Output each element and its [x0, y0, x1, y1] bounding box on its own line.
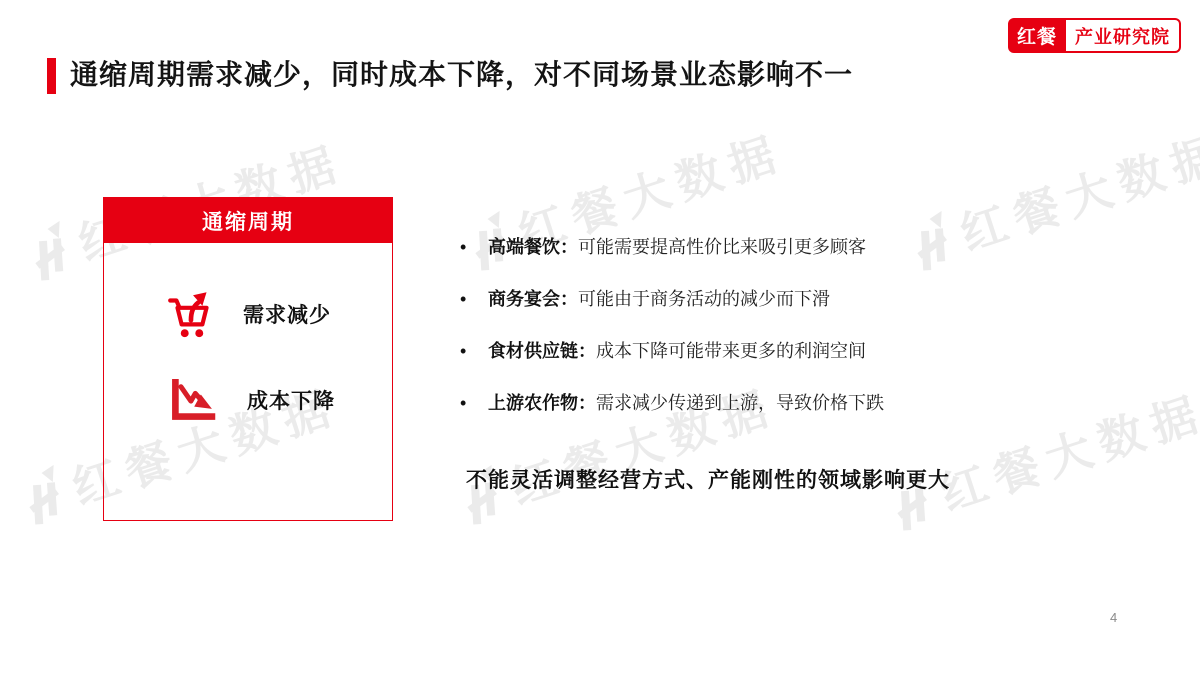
list-item: • 高端餐饮： 可能需要提高性价比来吸引更多顾客	[460, 234, 1020, 260]
impact-bullet-list: • 高端餐饮： 可能需要提高性价比来吸引更多顾客 • 商务宴会： 可能由于商务活…	[460, 234, 1020, 442]
bullet-label: 高端餐饮：	[488, 234, 578, 260]
card-item-label: 需求减少	[243, 299, 331, 329]
conclusion-statement: 不能灵活调整经营方式、产能刚性的领域影响更大	[466, 464, 950, 494]
card-header: 通缩周期	[104, 198, 392, 243]
title-accent-bar	[47, 58, 56, 94]
page-title: 通缩周期需求减少，同时成本下降，对不同场景业态影响不一	[70, 56, 853, 94]
bullet-text: 需求减少传递到上游，导致价格下跌	[596, 390, 884, 416]
card-row-cost: 成本下降	[104, 369, 392, 431]
slide: 红餐大数据 红餐大数据 红餐大数据 红餐大数据 红餐大数据 红餐大数据 红餐 产…	[0, 0, 1200, 675]
list-item: • 食材供应链： 成本下降可能带来更多的利润空间	[460, 338, 1020, 364]
card-row-demand: 需求减少	[104, 287, 392, 341]
list-item: • 上游农作物： 需求减少传递到上游，导致价格下跌	[460, 390, 1020, 416]
line-chart-decline-icon	[161, 369, 223, 431]
brand-logo: 红餐 产业研究院	[1008, 18, 1181, 53]
brand-name: 红餐	[1008, 18, 1066, 53]
deflation-cycle-card: 通缩周期 需求减少 成本下降	[103, 197, 393, 521]
bullet-text: 可能需要提高性价比来吸引更多顾客	[578, 234, 866, 260]
bullet-marker: •	[460, 286, 488, 312]
bullet-text: 可能由于商务活动的减少而下滑	[578, 286, 830, 312]
bullet-marker: •	[460, 338, 488, 364]
card-item-label: 成本下降	[247, 385, 335, 415]
hongcan-h-arrow-icon	[11, 462, 73, 531]
card-body: 需求减少 成本下降	[104, 243, 392, 431]
bullet-text: 成本下降可能带来更多的利润空间	[596, 338, 866, 364]
hongcan-h-arrow-icon	[17, 218, 79, 287]
bullet-label: 食材供应链：	[488, 338, 596, 364]
title-row: 通缩周期需求减少，同时成本下降，对不同场景业态影响不一	[47, 56, 853, 94]
page-number: 4	[1110, 610, 1117, 625]
cart-arrow-out-icon	[165, 287, 219, 341]
bullet-label: 上游农作物：	[488, 390, 596, 416]
list-item: • 商务宴会： 可能由于商务活动的减少而下滑	[460, 286, 1020, 312]
bullet-marker: •	[460, 390, 488, 416]
bullet-label: 商务宴会：	[488, 286, 578, 312]
brand-subtitle: 产业研究院	[1066, 18, 1181, 53]
bullet-marker: •	[460, 234, 488, 260]
